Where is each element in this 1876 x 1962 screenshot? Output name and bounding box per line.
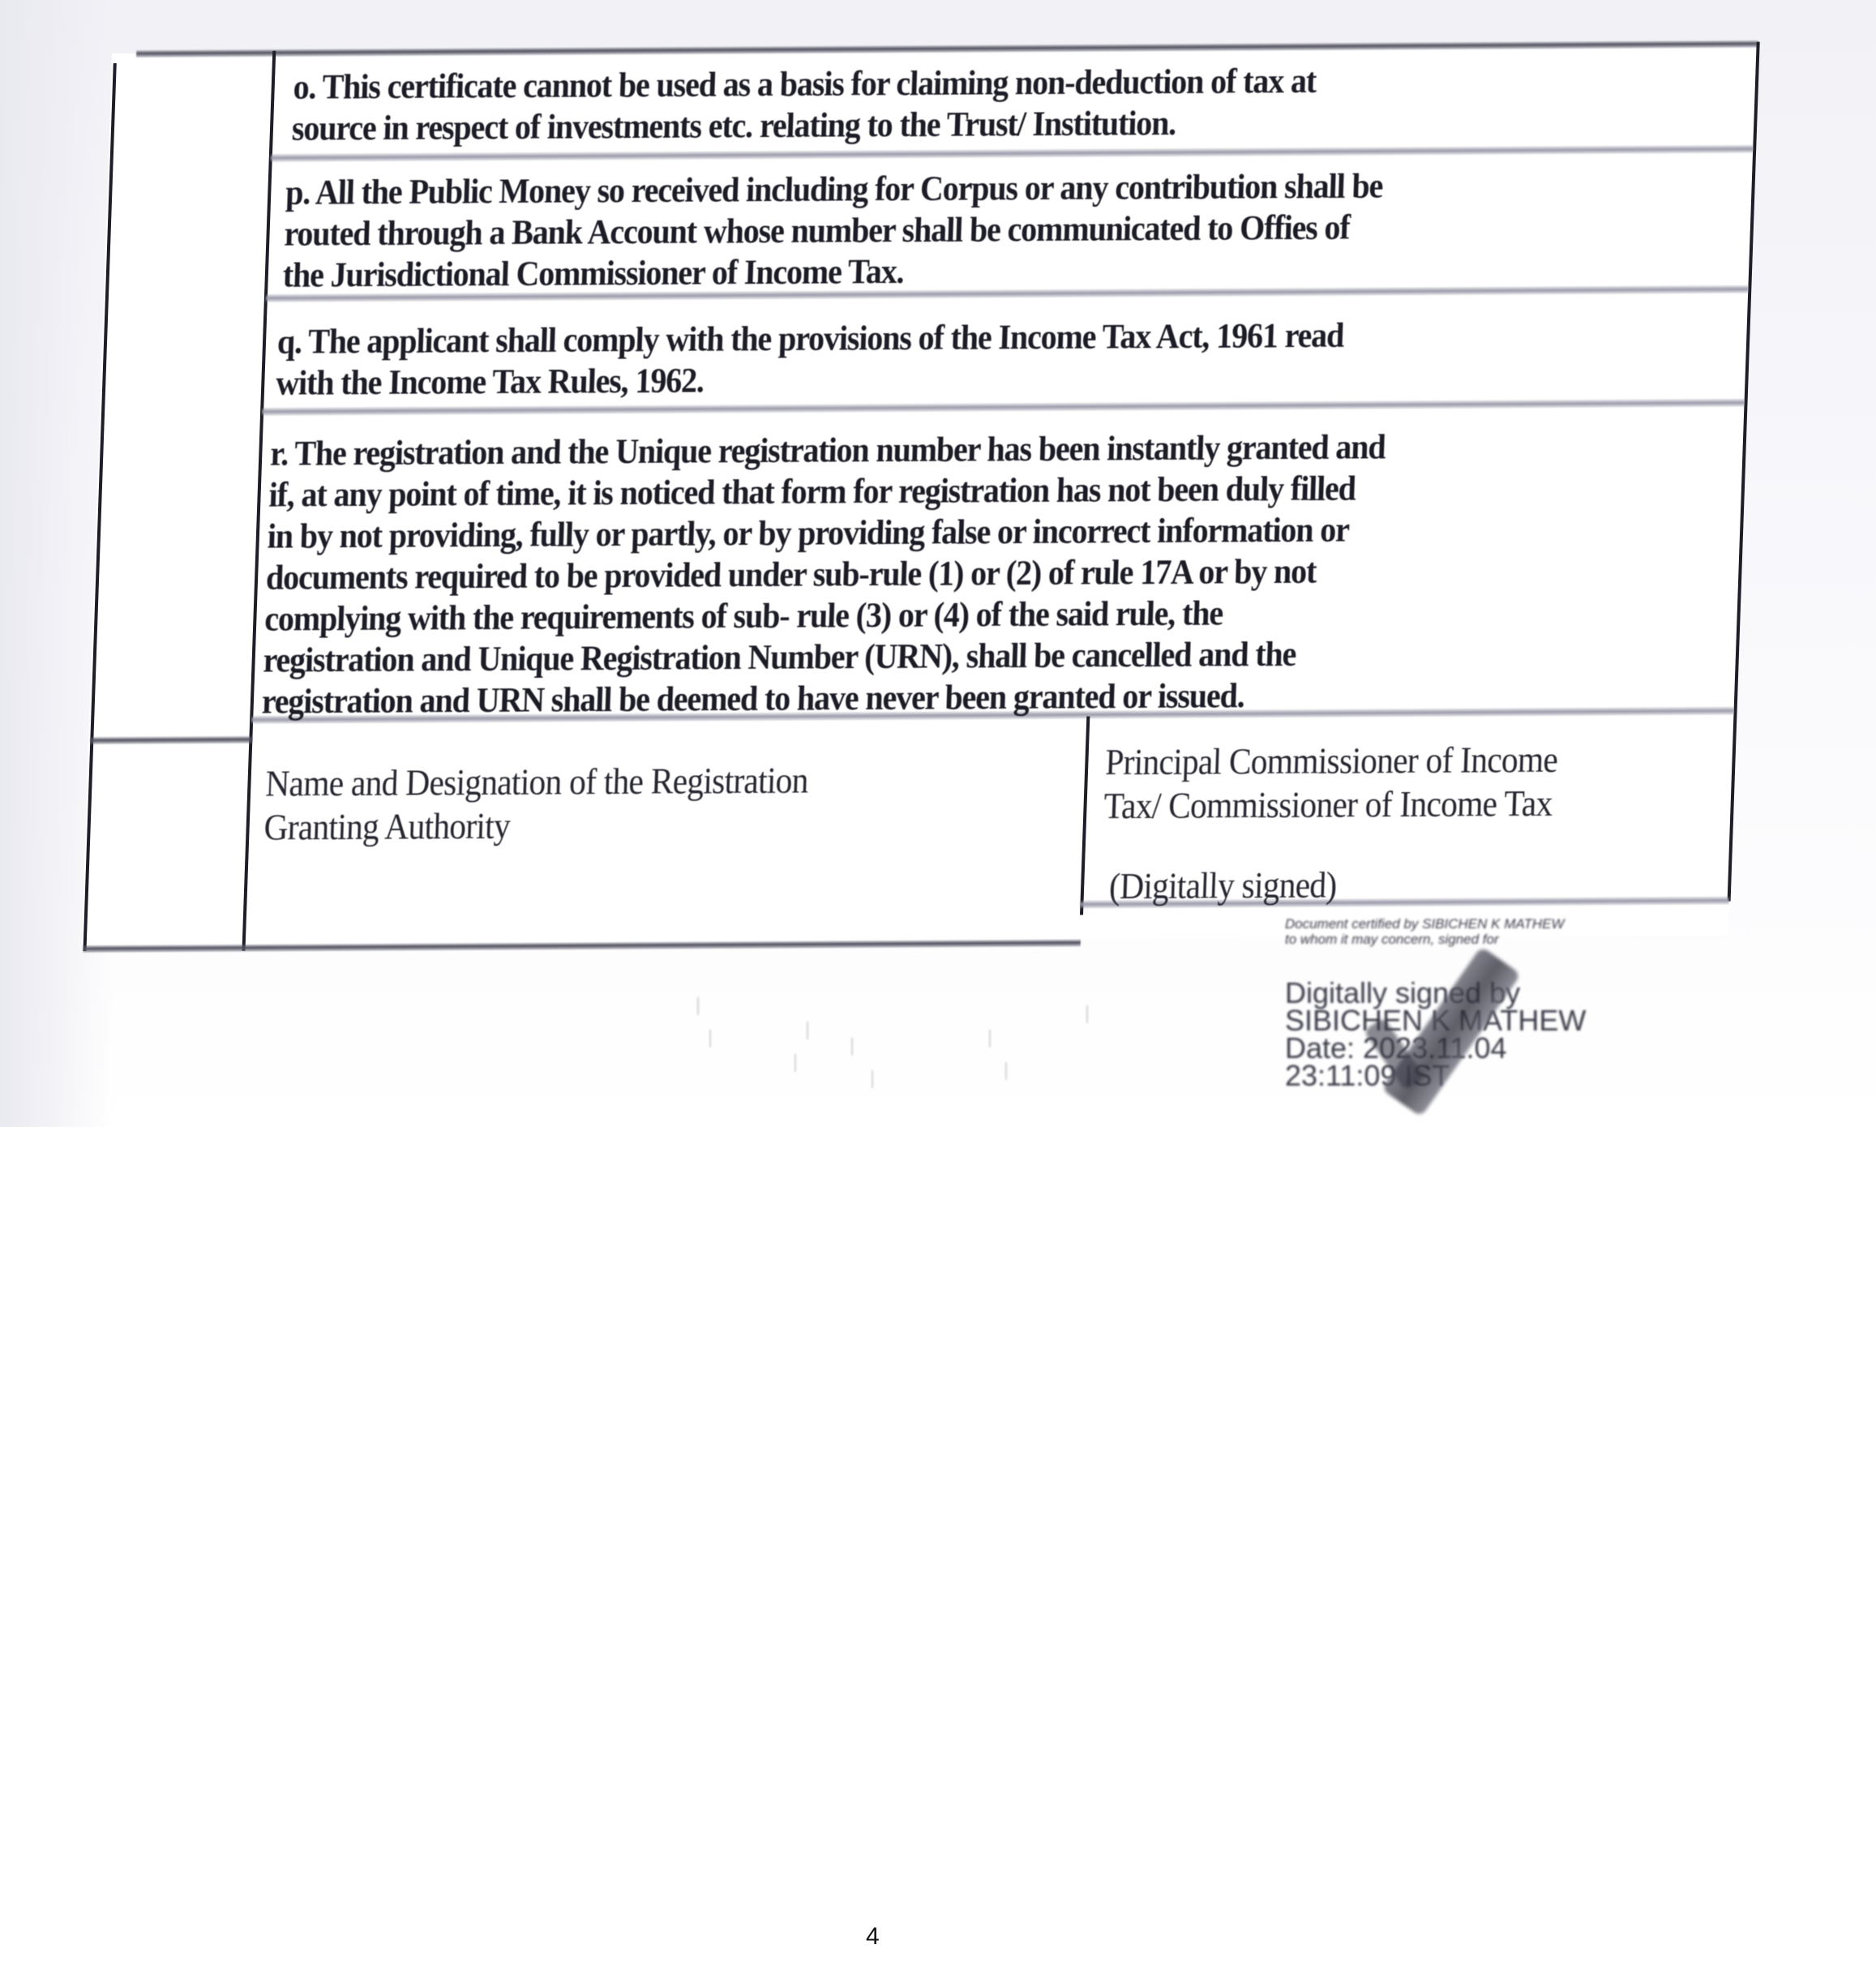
condition-r-line-1: r. The registration and the Unique regis… (269, 426, 1386, 474)
condition-r: r. The registration and the Unique regis… (261, 426, 1386, 722)
condition-q: q. The applicant shall comply with the p… (275, 315, 1344, 405)
condition-p: p. All the Public Money so received incl… (282, 165, 1383, 296)
condition-o-line-1: o. This certificate cannot be used as a … (293, 61, 1317, 109)
condition-q-line-1: q. The applicant shall comply with the p… (276, 315, 1344, 363)
condition-p-line-3: the Jurisdictional Commissioner of Incom… (282, 248, 1381, 296)
row-divider-left-r-auth (90, 736, 252, 744)
condition-r-line-7: registration and URN shall be deemed to … (261, 675, 1377, 722)
condition-o: o. This certificate cannot be used as a … (291, 61, 1317, 150)
authority-label-line-2: Granting Authority (263, 803, 807, 850)
condition-r-line-6: registration and Unique Registration Num… (263, 633, 1379, 681)
condition-r-line-2: if, at any point of time, it is noticed … (268, 468, 1385, 516)
authority-label: Name and Designation of the Registration… (263, 759, 809, 850)
scanned-page: o. This certificate cannot be used as a … (0, 0, 1876, 1127)
condition-r-line-4: documents required to be provided under … (265, 550, 1381, 598)
condition-o-line-2: source in respect of investments etc. re… (291, 102, 1315, 150)
digitally-signed-note: (Digitally signed) (1108, 863, 1337, 909)
stamp-verification-line-2: to whom it may concern, signed for (1285, 932, 1625, 947)
condition-q-line-2: with the Income Tax Rules, 1962. (275, 357, 1343, 405)
condition-r-line-5: complying with the requirements of sub- … (264, 592, 1381, 640)
authority-designation: Principal Commissioner of Income Tax/ Co… (1103, 738, 1558, 828)
page-number: 4 (866, 1923, 880, 1951)
condition-r-line-3: in by not providing, fully or partly, or… (267, 509, 1383, 557)
designation-line-1: Principal Commissioner of Income (1104, 738, 1558, 784)
designation-line-2: Tax/ Commissioner of Income Tax (1103, 782, 1557, 828)
condition-p-line-2: routed through a Bank Account whose numb… (284, 207, 1382, 255)
condition-p-line-1: p. All the Public Money so received incl… (285, 165, 1383, 213)
scan-noise (665, 973, 1232, 1127)
authority-label-line-1: Name and Designation of the Registration (265, 759, 809, 806)
stamp-verification-line-1: Document certified by SIBICHEN K MATHEW (1285, 916, 1625, 932)
